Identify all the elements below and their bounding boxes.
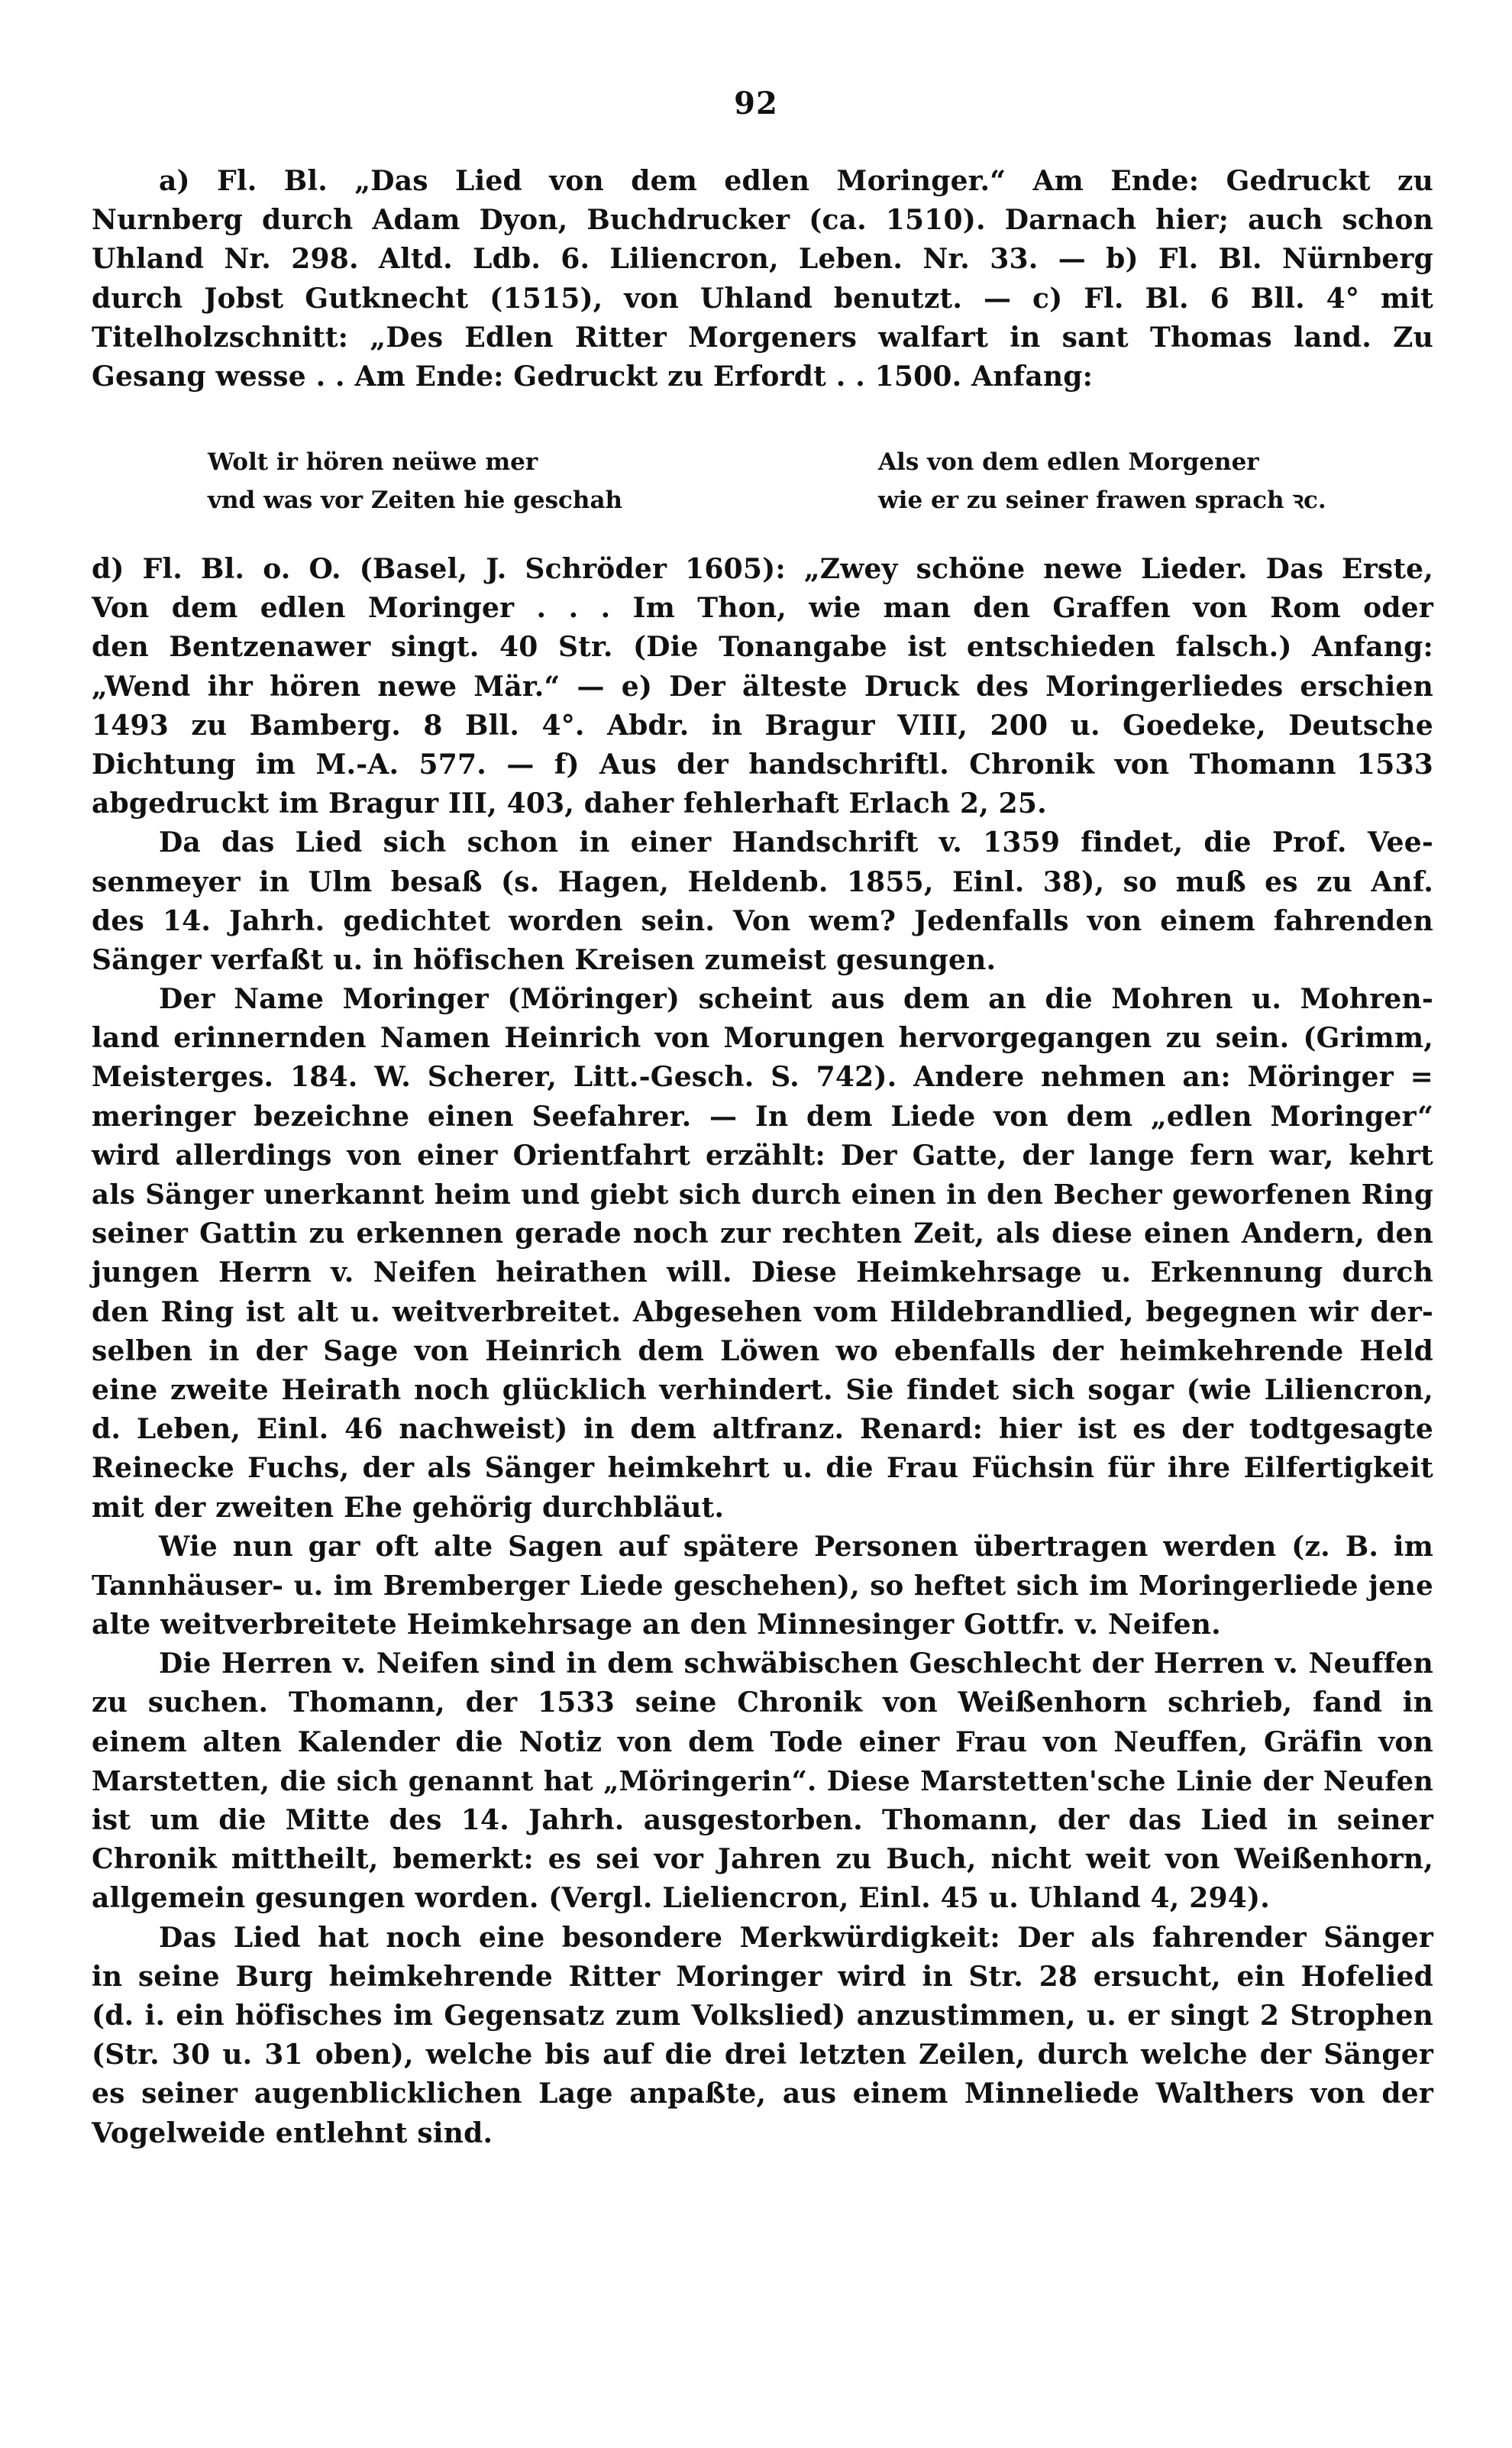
text-line: den Ring ist alt u. weitverbreitet. Abge… xyxy=(92,1293,1433,1332)
text-line: Chronik mittheilt, bemerkt: es sei vor J… xyxy=(92,1840,1433,1879)
text-line: 1493 zu Bamberg. 8 Bll. 4°. Abdr. in Bra… xyxy=(92,707,1433,745)
text-line: des 14. Jahrh. gedichtet worden sein. Vo… xyxy=(92,902,1433,941)
verse-line: wie er zu seiner frawen sprach ꝛc. xyxy=(878,481,1326,519)
text-line: allgemein gesungen worden. (Vergl. Lieli… xyxy=(92,1879,1433,1918)
text-line: Marstetten, die sich genannt hat „Möring… xyxy=(92,1762,1433,1801)
text-line: Gesang wesse . . Am Ende: Gedruckt zu Er… xyxy=(92,357,1433,396)
text-line: Wie nun gar oft alte Sagen auf spätere P… xyxy=(92,1528,1433,1567)
text-line: d. Leben, Einl. 46 nachweist) in dem alt… xyxy=(92,1410,1433,1449)
text-line: seiner Gattin zu erkennen gerade noch zu… xyxy=(92,1214,1433,1253)
text-line: Von dem edlen Moringer . . . Im Thon, wi… xyxy=(92,589,1433,628)
text-line: es seiner augenblicklichen Lage anpaßte,… xyxy=(92,2074,1433,2113)
text-line: mit der zweiten Ehe gehörig durchbläut. xyxy=(92,1489,1433,1528)
text-line: durch Jobst Gutknecht (1515), von Uhland… xyxy=(92,280,1433,319)
text-line: einem alten Kalender die Notiz von dem T… xyxy=(92,1723,1433,1762)
text-line: selben in der Sage von Heinrich dem Löwe… xyxy=(92,1332,1433,1371)
text-line: Der Name Moringer (Möringer) scheint aus… xyxy=(92,980,1433,1019)
bibliography-section-a: a) Fl. Bl. „Das Lied von dem edlen Morin… xyxy=(92,162,1433,396)
verse-quote-left: Wolt ir hören neüwe mer vnd was vor Zeit… xyxy=(208,443,622,519)
text-line: ist um die Mitte des 14. Jahrh. ausgesto… xyxy=(92,1801,1433,1840)
text-line: Sänger verfaßt u. in höfischen Kreisen z… xyxy=(92,941,1433,980)
text-line: Da das Lied sich schon in einer Handschr… xyxy=(92,823,1433,862)
verse-line: Als von dem edlen Morgener xyxy=(878,443,1326,481)
text-line: zu suchen. Thomann, der 1533 seine Chron… xyxy=(92,1683,1433,1722)
text-line: Reinecke Fuchs, der als Sänger heimkehrt… xyxy=(92,1449,1433,1488)
text-line: abgedruckt im Bragur III, 403, daher feh… xyxy=(92,784,1433,823)
text-line: meringer bezeichne einen Seefahrer. — In… xyxy=(92,1098,1433,1137)
body-text: d) Fl. Bl. o. O. (Basel, J. Schröder 160… xyxy=(92,550,1433,2153)
verse-line: Wolt ir hören neüwe mer xyxy=(208,443,622,481)
text-line: Vogelweide entlehnt sind. xyxy=(92,2114,1433,2153)
verse-quote-right: Als von dem edlen Morgener wie er zu sei… xyxy=(878,443,1326,519)
text-line: Die Herren v. Neifen sind in dem schwäbi… xyxy=(92,1644,1433,1683)
text-line: Meisterges. 184. W. Scherer, Litt.-Gesch… xyxy=(92,1058,1433,1097)
text-line: eine zweite Heirath noch glücklich verhi… xyxy=(92,1371,1433,1410)
verse-line: vnd was vor Zeiten hie geschah xyxy=(208,481,622,519)
text-line: Uhland Nr. 298. Altd. Ldb. 6. Liliencron… xyxy=(92,240,1433,279)
text-line: Dichtung im M.-A. 577. — f) Aus der hand… xyxy=(92,745,1433,784)
text-line: den Bentzenawer singt. 40 Str. (Die Tona… xyxy=(92,628,1433,667)
text-line: wird allerdings von einer Orientfahrt er… xyxy=(92,1137,1433,1175)
text-line: land erinnernden Namen Heinrich von Moru… xyxy=(92,1019,1433,1058)
text-line: in seine Burg heimkehrende Ritter Moring… xyxy=(92,1958,1433,1997)
text-line: jungen Herrn v. Neifen heirathen will. D… xyxy=(92,1253,1433,1292)
text-line: alte weitverbreitete Heimkehrsage an den… xyxy=(92,1606,1433,1644)
text-line: (Str. 30 u. 31 oben), welche bis auf die… xyxy=(92,2036,1433,2074)
text-line: Das Lied hat noch eine besondere Merkwür… xyxy=(92,1919,1433,1958)
text-line: a) Fl. Bl. „Das Lied von dem edlen Morin… xyxy=(92,162,1433,201)
text-line: Nurnberg durch Adam Dyon, Buchdrucker (c… xyxy=(92,201,1433,240)
text-line: senmeyer in Ulm besaß (s. Hagen, Heldenb… xyxy=(92,863,1433,902)
text-line: „Wend ihr hören newe Mär.“ — e) Der älte… xyxy=(92,668,1433,707)
text-line: d) Fl. Bl. o. O. (Basel, J. Schröder 160… xyxy=(92,550,1433,589)
text-line: als Sänger unerkannt heim und giebt sich… xyxy=(92,1175,1433,1214)
text-line: Titelholzschnitt: „Des Edlen Ritter Morg… xyxy=(92,319,1433,357)
page-number: 92 xyxy=(0,86,1512,121)
text-line: Tannhäuser- u. im Bremberger Liede gesch… xyxy=(92,1567,1433,1606)
text-line: (d. i. ein höfisches im Gegensatz zum Vo… xyxy=(92,1997,1433,2036)
